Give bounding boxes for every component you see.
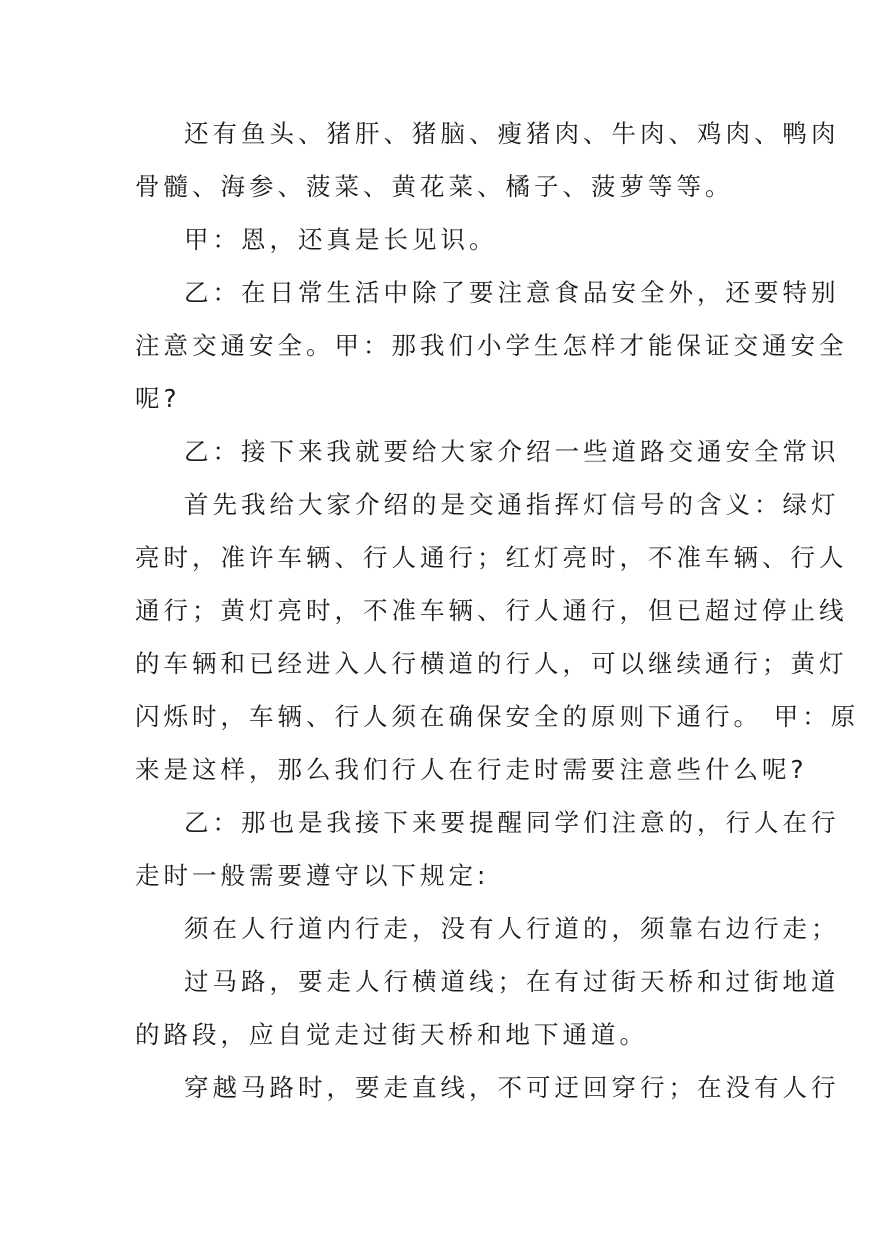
text-line: 呢? xyxy=(135,377,181,430)
text-line: 甲：恩，还真是长见识。 xyxy=(184,218,498,271)
text-line: 亮时，准许车辆、行人通行；红灯亮时，不准车辆、行人 xyxy=(135,536,848,589)
text-line: 乙：那也是我接下来要提醒同学们注意的，行人在行 xyxy=(184,801,840,854)
text-line: 通行；黄灯亮时，不准车辆、行人通行，但已超过停止线 xyxy=(135,589,848,642)
text-line: 乙：接下来我就要给大家介绍一些道路交通安全常识 xyxy=(184,430,840,483)
text-line: 的车辆和已经进入人行横道的行人，可以继续通行；黄灯 xyxy=(135,642,848,695)
text-line: 的路段，应自觉走过街天桥和地下通道。 xyxy=(135,1013,648,1066)
text-line: 闪烁时，车辆、行人须在确保安全的原则下通行。 甲：原 xyxy=(135,695,859,748)
text-line: 过马路，要走人行横道线；在有过街天桥和过街地道 xyxy=(184,960,840,1013)
text-line: 注意交通安全。甲：那我们小学生怎样才能保证交通安全 xyxy=(135,324,848,377)
text-line: 首先我给大家介绍的是交通指挥灯信号的含义：绿灯 xyxy=(184,483,840,536)
text-line: 穿越马路时，要走直线，不可迂回穿行；在没有人行 xyxy=(184,1066,840,1119)
text-line: 还有鱼头、猪肝、猪脑、瘦猪肉、牛肉、鸡肉、鸭肉 xyxy=(184,112,840,165)
text-line: 骨髓、海参、菠菜、黄花菜、橘子、菠萝等等。 xyxy=(135,165,734,218)
text-line: 来是这样，那么我们行人在行走时需要注意些什么呢? xyxy=(135,748,808,801)
text-line: 须在人行道内行走，没有人行道的，须靠右边行走； xyxy=(184,907,840,960)
text-line: 乙：在日常生活中除了要注意食品安全外，还要特别 xyxy=(184,271,840,324)
text-line: 走时一般需要遵守以下规定: xyxy=(135,854,489,907)
